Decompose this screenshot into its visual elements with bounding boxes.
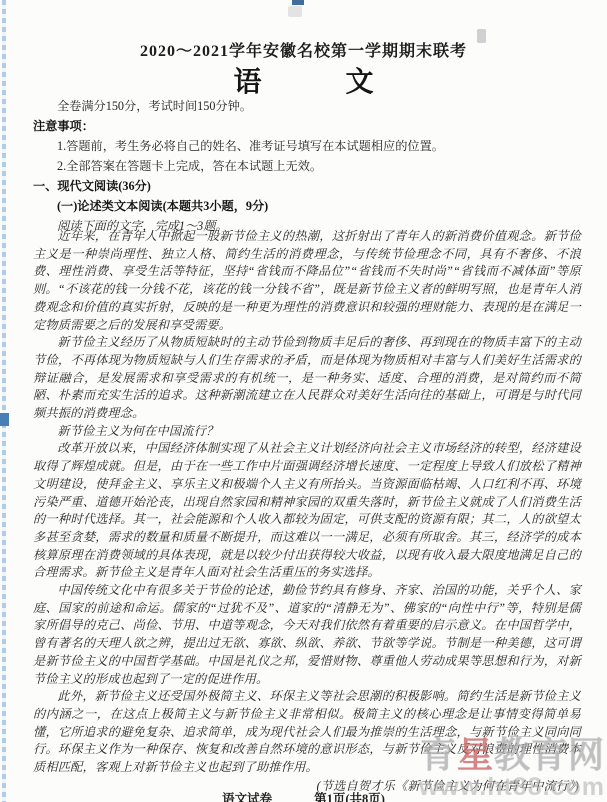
exam-paper-page: 2020～2021学年安徽名校第一学期期末联考 语 文 全卷满分150分，考试时…	[0, 0, 607, 802]
scan-artifact-top	[292, 0, 304, 5]
passage-paragraph: 中国传统文化中有很多关于节俭的论述，勤俭节约具有修身、齐家、治国的功能，关乎个人…	[33, 582, 581, 688]
exam-title: 2020～2021学年安徽名校第一学期期末联考	[0, 38, 607, 61]
notice-item-1: 1.答题前，考生务必将自己的姓名、准考证号填写在本试题相应的位置。	[33, 136, 581, 156]
footer-paper-name: 语文试卷	[222, 792, 272, 802]
scan-artifact-top-smudge	[288, 6, 302, 17]
passage-paragraph: 此外，新节俭主义还受国外极简主义、环保主义等社会思潮的积极影响。简约生活是新节俭…	[33, 688, 581, 777]
subject-title: 语 文	[0, 60, 607, 100]
footer-page-number: 第1页(共8页)	[314, 792, 385, 802]
scan-edge-stripe	[2, 0, 6, 802]
passage-paragraph: 新节俭主义为何在中国流行？	[33, 423, 581, 441]
scan-artifact-left	[0, 413, 9, 426]
passage-paragraph: 新节俭主义经历了从物质短缺时的主动节俭到物质丰足后的奢侈、再到现在的物质丰富下的…	[33, 334, 581, 423]
notice-title: 注意事项：	[33, 116, 581, 136]
passage-paragraph: 改革开放以来，中国经济体制实现了从社会主义计划经济向社会主义市场经济的转型，经济…	[33, 440, 581, 582]
reading-passage: 近年来，在青年人中掀起一股新节俭主义的热潮，这折射出了青年人的新消费价值观念。新…	[33, 228, 581, 796]
notice-item-2: 2.全部答案在答题卡上完成，答在本试题上无效。	[33, 156, 581, 176]
passage-paragraph: 近年来，在青年人中掀起一股新节俭主义的热潮，这折射出了青年人的新消费价值观念。新…	[33, 228, 581, 334]
section-subheading: (一)论述类文本阅读(本题共3小题，9分)	[33, 196, 581, 216]
section-heading: 一、现代文阅读(36分)	[33, 176, 581, 196]
header-info-block: 全卷满分150分，考试时间150分钟。 注意事项： 1.答题前，考生务必将自己的…	[33, 96, 581, 236]
exam-info: 全卷满分150分，考试时间150分钟。	[33, 96, 581, 116]
page-footer: 语文试卷第1页(共8页)	[0, 789, 607, 802]
